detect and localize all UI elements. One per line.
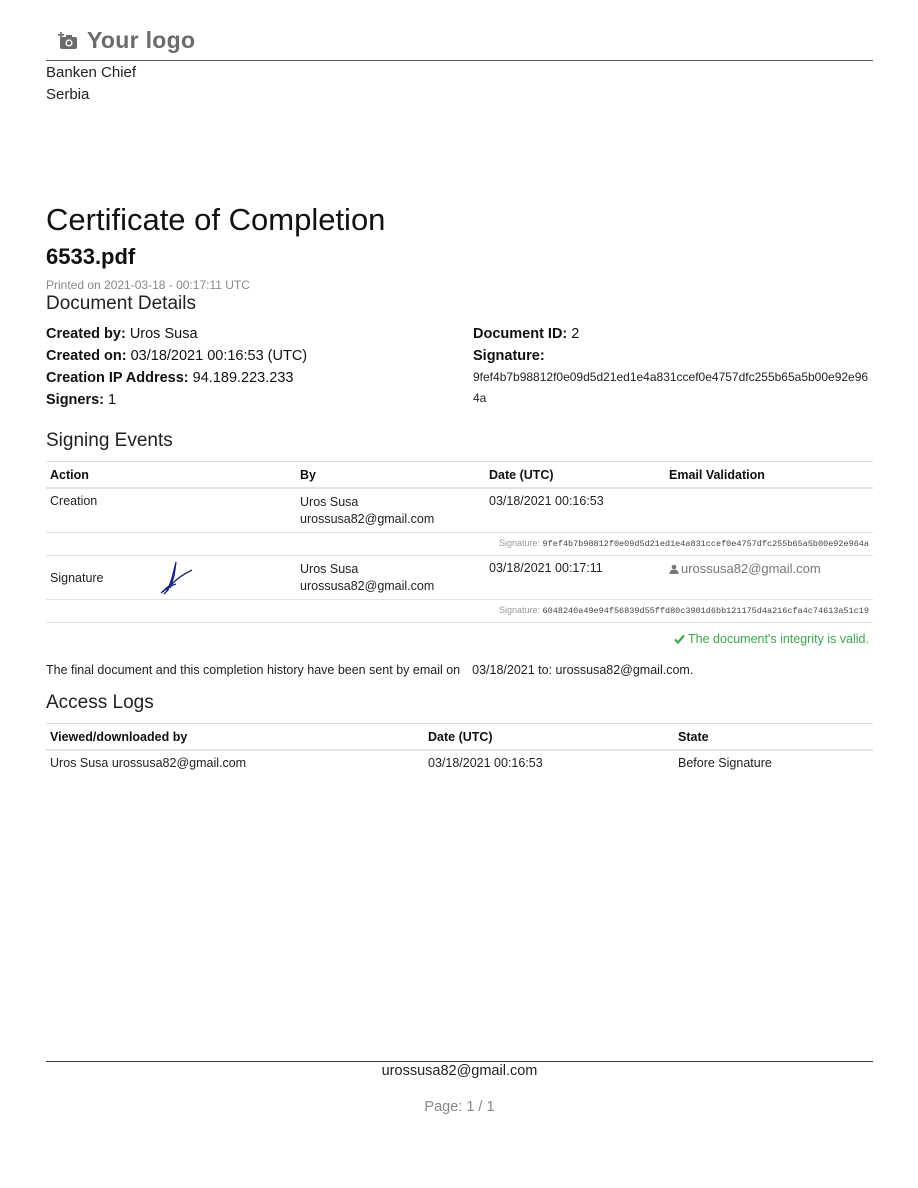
- created-by-row: Created by: Uros Susa: [46, 323, 307, 345]
- event-by-name: Uros Susa: [300, 561, 481, 578]
- company-country: Serbia: [46, 84, 136, 106]
- event-email-validation: [665, 488, 873, 533]
- event-by-name: Uros Susa: [300, 494, 481, 511]
- signers-row: Signers: 1: [46, 389, 307, 411]
- created-by-label: Created by:: [46, 326, 126, 342]
- created-on-value: 03/18/2021 00:16:53 (UTC): [131, 348, 308, 364]
- access-logs-heading: Access Logs: [46, 692, 154, 714]
- sent-notice-date-recipient: 03/18/2021 to: urossusa82@gmail.com.: [472, 663, 693, 677]
- created-on-row: Created on: 03/18/2021 00:16:53 (UTC): [46, 345, 307, 367]
- signature-hash-row: Signature: 9fef4b7b98812f0e09d5d21ed1e4a…: [46, 533, 873, 556]
- event-by-email: urossusa82@gmail.com: [300, 578, 481, 595]
- printed-timestamp: Printed on 2021-03-18 - 00:17:11 UTC: [46, 278, 250, 292]
- event-email-validation: urossusa82@gmail.com: [665, 556, 873, 600]
- event-action-cell: Signature: [46, 556, 296, 600]
- created-on-label: Created on:: [46, 348, 127, 364]
- event-by: Uros Susa urossusa82@gmail.com: [296, 488, 485, 533]
- sent-notice: The final document and this completion h…: [46, 663, 693, 677]
- document-details-heading: Document Details: [46, 293, 196, 315]
- document-details-left: Created by: Uros Susa Created on: 03/18/…: [46, 323, 307, 411]
- creation-ip-value: 94.189.223.233: [193, 370, 294, 386]
- column-header-date: Date (UTC): [424, 724, 674, 751]
- user-icon: [669, 564, 679, 574]
- event-signature-label: Signature:: [499, 605, 540, 615]
- signature-row: Signature:: [473, 345, 873, 367]
- signing-events-table: Action By Date (UTC) Email Validation Cr…: [46, 461, 873, 623]
- email-validation-value: urossusa82@gmail.com: [681, 561, 821, 576]
- footer-divider: [46, 1061, 873, 1062]
- document-id-row: Document ID: 2: [473, 323, 873, 345]
- signature-label: Signature:: [473, 348, 545, 364]
- event-signature: Signature: 6048240a49e94f56839d55ffd80c3…: [46, 600, 873, 623]
- log-viewer: Uros Susa urossusa82@gmail.com: [46, 750, 424, 774]
- column-header-email-validation: Email Validation: [665, 462, 873, 489]
- log-state: Before Signature: [674, 750, 873, 774]
- integrity-status: The document's integrity is valid.: [674, 632, 869, 646]
- sent-notice-text: The final document and this completion h…: [46, 663, 460, 677]
- table-row: Signature Uros Susa urossusa82@gmail.com…: [46, 556, 873, 600]
- footer-email: urossusa82@gmail.com: [46, 1063, 873, 1079]
- document-id-label: Document ID:: [473, 326, 567, 342]
- company-info: Banken Chief Serbia: [46, 62, 136, 106]
- column-header-action: Action: [46, 462, 296, 489]
- column-header-viewer: Viewed/downloaded by: [46, 724, 424, 751]
- event-signature: Signature: 9fef4b7b98812f0e09d5d21ed1e4a…: [46, 533, 873, 556]
- logo-text: Your logo: [87, 27, 195, 54]
- table-header-row: Action By Date (UTC) Email Validation: [46, 462, 873, 489]
- signing-events-heading: Signing Events: [46, 430, 173, 452]
- access-logs-table: Viewed/downloaded by Date (UTC) State Ur…: [46, 723, 873, 774]
- handwritten-signature-image: [156, 560, 196, 596]
- integrity-message: The document's integrity is valid.: [688, 632, 869, 646]
- column-header-state: State: [674, 724, 873, 751]
- header-divider: [46, 60, 873, 61]
- table-header-row: Viewed/downloaded by Date (UTC) State: [46, 724, 873, 751]
- page-title: Certificate of Completion: [46, 202, 385, 238]
- event-signature-label: Signature:: [499, 538, 540, 548]
- event-signature-hash: 6048240a49e94f56839d55ffd80c3901d6bb1211…: [543, 606, 869, 616]
- table-row: Creation Uros Susa urossusa82@gmail.com …: [46, 488, 873, 533]
- signers-label: Signers:: [46, 392, 104, 408]
- event-date: 03/18/2021 00:16:53: [485, 488, 665, 533]
- creation-ip-row: Creation IP Address: 94.189.223.233: [46, 367, 307, 389]
- created-by-value: Uros Susa: [130, 326, 198, 342]
- document-filename: 6533.pdf: [46, 244, 135, 270]
- log-date: 03/18/2021 00:16:53: [424, 750, 674, 774]
- event-by-email: urossusa82@gmail.com: [300, 511, 481, 528]
- event-action: Creation: [46, 488, 296, 533]
- event-date: 03/18/2021 00:17:11: [485, 556, 665, 600]
- signature-hash-row: Signature: 6048240a49e94f56839d55ffd80c3…: [46, 600, 873, 623]
- event-by: Uros Susa urossusa82@gmail.com: [296, 556, 485, 600]
- page-number: Page: 1 / 1: [46, 1099, 873, 1115]
- camera-plus-icon: [58, 32, 78, 50]
- signers-value: 1: [108, 392, 116, 408]
- creation-ip-label: Creation IP Address:: [46, 370, 189, 386]
- signature-hash: 9fef4b7b98812f0e09d5d21ed1e4a831ccef0e47…: [473, 367, 873, 409]
- event-signature-hash: 9fef4b7b98812f0e09d5d21ed1e4a831ccef0e47…: [543, 539, 869, 549]
- document-details-right: Document ID: 2 Signature: 9fef4b7b98812f…: [473, 323, 873, 409]
- company-name: Banken Chief: [46, 62, 136, 84]
- event-action: Signature: [50, 571, 104, 585]
- checkmark-icon: [674, 634, 685, 644]
- table-row: Uros Susa urossusa82@gmail.com 03/18/202…: [46, 750, 873, 774]
- column-header-by: By: [296, 462, 485, 489]
- document-id-value: 2: [571, 326, 579, 342]
- column-header-date: Date (UTC): [485, 462, 665, 489]
- logo: Your logo: [58, 27, 195, 54]
